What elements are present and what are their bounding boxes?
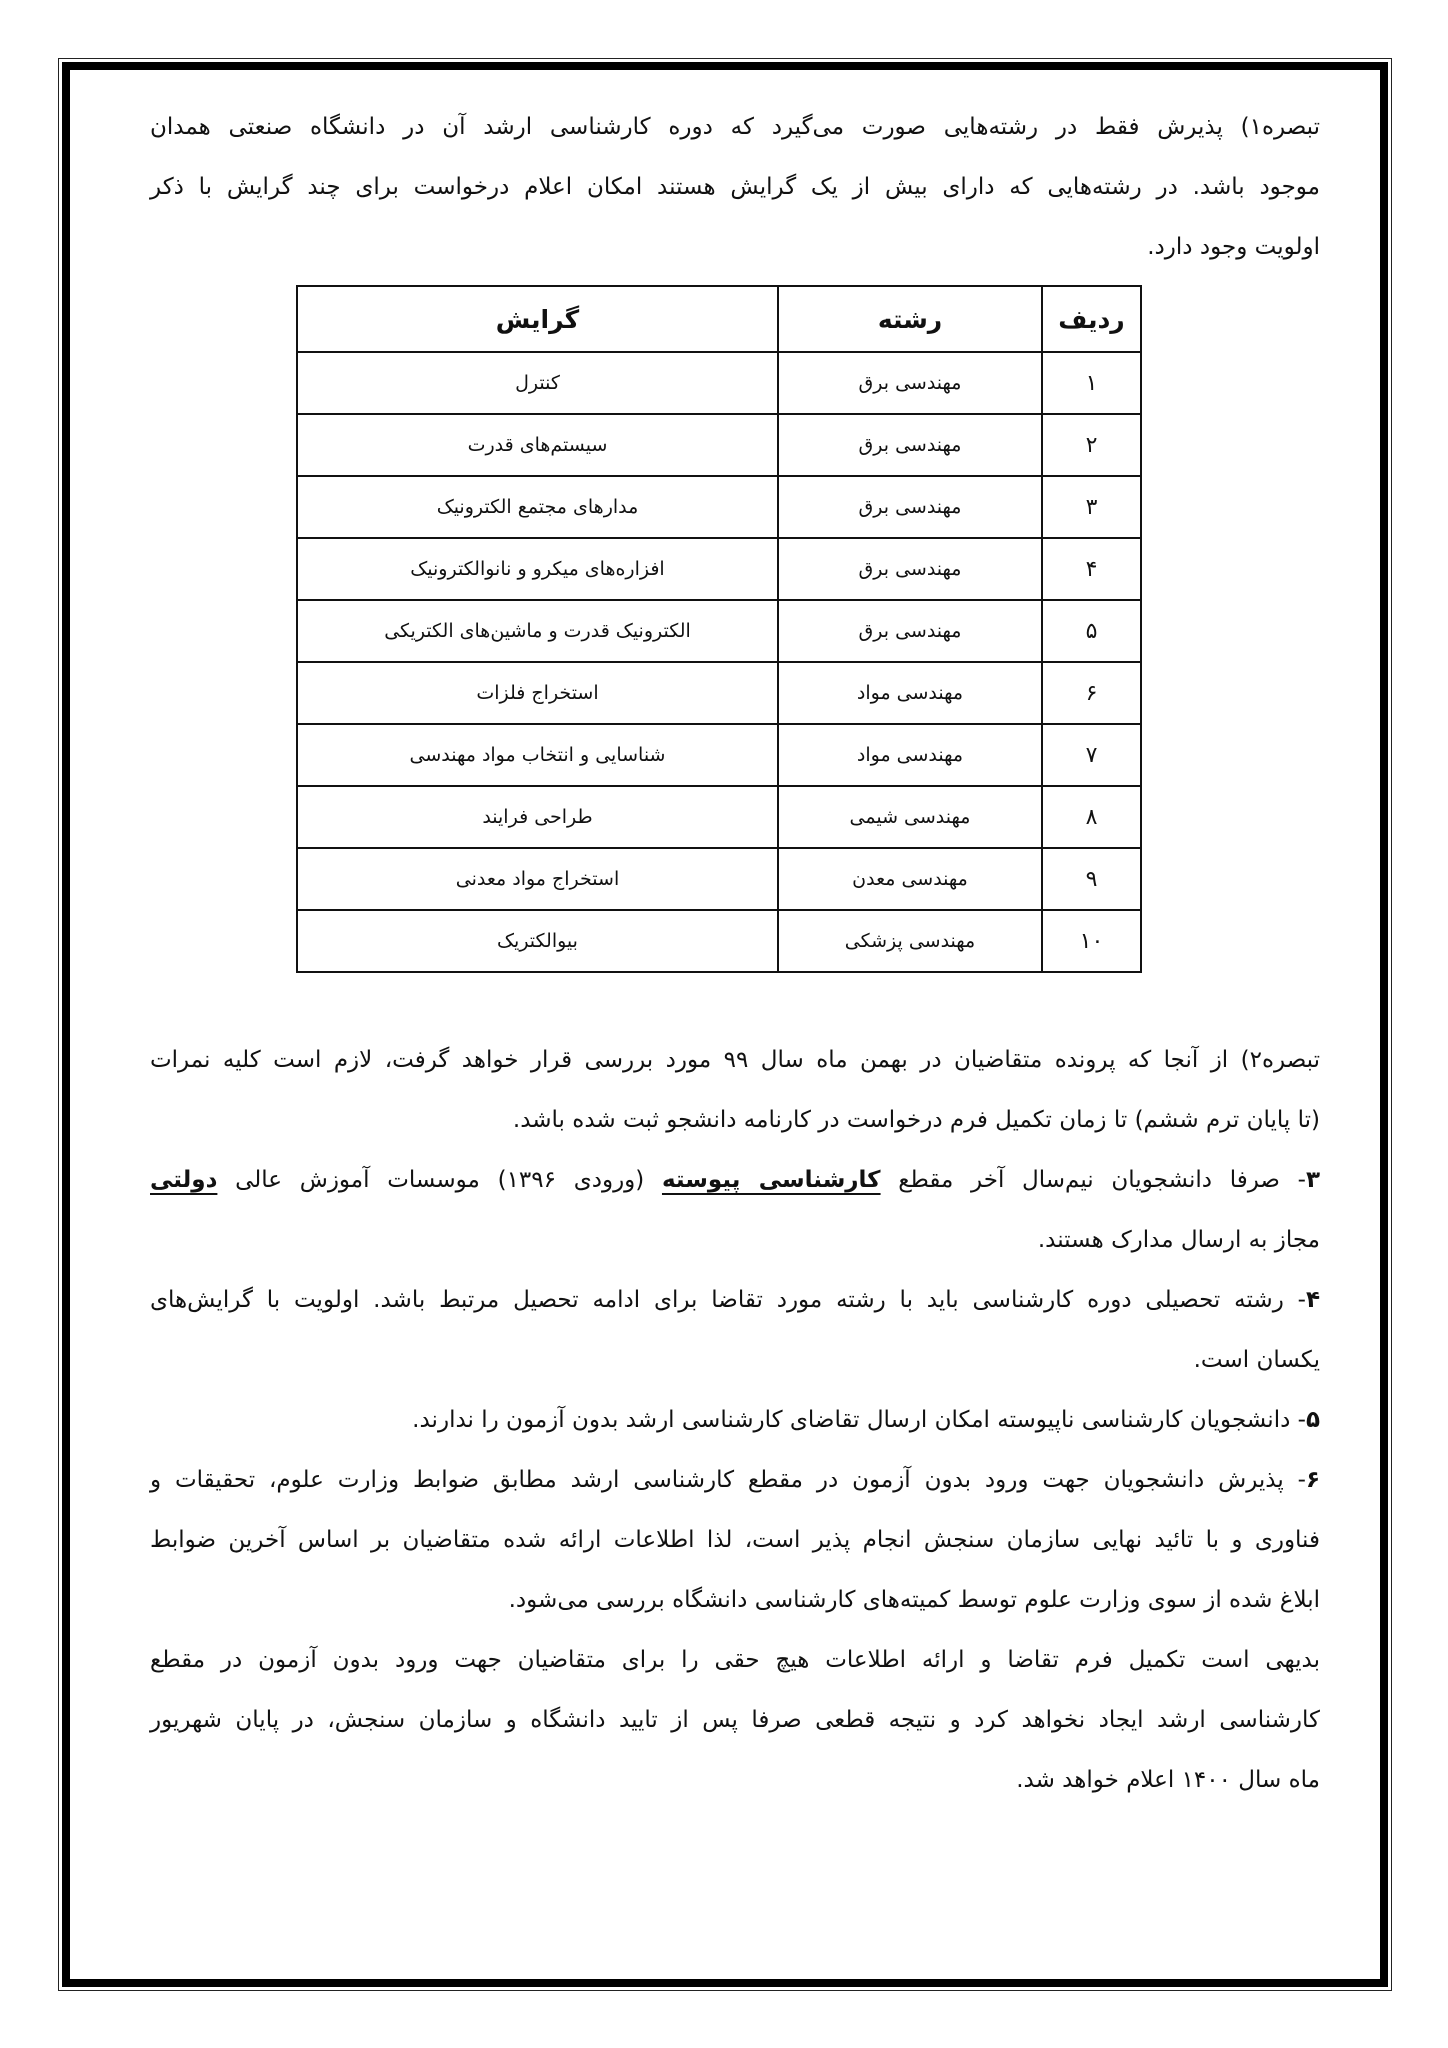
item-4-text: - رشته تحصیلی دوره کارشناسی باید با رشته… (150, 1287, 1306, 1313)
cell-radif: ۵ (1042, 600, 1141, 662)
cell-gerayesh: کنترل (297, 352, 778, 414)
cell-gerayesh: سیستم‌های قدرت (297, 414, 778, 476)
cell-radif: ۳ (1042, 476, 1141, 538)
note-1-line: موجود باشد. در رشته‌هایی که دارای بیش از… (150, 157, 1320, 217)
cell-gerayesh: استخراج فلزات (297, 662, 778, 724)
cell-radif: ۱۰ (1042, 910, 1141, 972)
cell-reshte: مهندسی برق (778, 352, 1042, 414)
item-3-emphasis-continuous-bachelor: کارشناسی پیوسته (662, 1167, 881, 1193)
item-6-line-2: فناوری و با تائید نهایی سازمان سنجش انجا… (150, 1510, 1320, 1570)
cell-gerayesh: الکترونیک قدرت و ماشین‌های الکتریکی (297, 600, 778, 662)
header-radif: ردیف (1042, 286, 1141, 352)
item-3-text-a: - صرفا دانشجویان نیم‌سال آخر مقطع (881, 1167, 1306, 1193)
closing-line: کارشناسی ارشد ایجاد نخواهد کرد و نتیجه ق… (150, 1690, 1320, 1750)
cell-radif: ۶ (1042, 662, 1141, 724)
note-2-line: تبصره۲) از آنجا که پرونده متقاضیان در به… (150, 1030, 1320, 1090)
cell-radif: ۴ (1042, 538, 1141, 600)
item-4-number: ۴ (1306, 1287, 1320, 1313)
cell-reshte: مهندسی پزشکی (778, 910, 1042, 972)
cell-radif: ۲ (1042, 414, 1141, 476)
cell-gerayesh: بیوالکتریک (297, 910, 778, 972)
item-3-line-2: مجاز به ارسال مدارک هستند. (150, 1210, 1320, 1270)
cell-reshte: مهندسی مواد (778, 662, 1042, 724)
item-5-text: - دانشجویان کارشناسی ناپیوسته امکان ارسا… (412, 1407, 1306, 1433)
table-row: ۵ مهندسی برق الکترونیک قدرت و ماشین‌های … (297, 600, 1141, 662)
table-header-row: ردیف رشته گرایش (297, 286, 1141, 352)
rules-section: تبصره۲) از آنجا که پرونده متقاضیان در به… (150, 1030, 1320, 1810)
table-row: ۲ مهندسی برق سیستم‌های قدرت (297, 414, 1141, 476)
closing-line: بدیهی است تکمیل فرم تقاضا و ارائه اطلاعا… (150, 1630, 1320, 1690)
item-6-text: - پذیرش دانشجویان جهت ورود بدون آزمون در… (150, 1467, 1306, 1493)
header-gerayesh: گرایش (297, 286, 778, 352)
cell-reshte: مهندسی مواد (778, 724, 1042, 786)
cell-gerayesh: مدارهای مجتمع الکترونیک (297, 476, 778, 538)
cell-gerayesh: شناسایی و انتخاب مواد مهندسی (297, 724, 778, 786)
majors-table: ردیف رشته گرایش ۱ مهندسی برق کنترل ۲ مهن… (296, 285, 1142, 973)
table-row: ۴ مهندسی برق افزاره‌های میکرو و نانوالکت… (297, 538, 1141, 600)
item-4-line-1: ۴- رشته تحصیلی دوره کارشناسی باید با رشت… (150, 1270, 1320, 1330)
note-1-line: اولویت وجود دارد. (150, 217, 1320, 277)
item-4-line-2: یکسان است. (150, 1330, 1320, 1390)
table-row: ۷ مهندسی مواد شناسایی و انتخاب مواد مهند… (297, 724, 1141, 786)
cell-radif: ۹ (1042, 848, 1141, 910)
item-3-number: ۳ (1306, 1167, 1320, 1193)
cell-reshte: مهندسی برق (778, 476, 1042, 538)
item-6-number: ۶ (1306, 1467, 1320, 1493)
note-2-line: (تا پایان ترم ششم) تا زمان تکمیل فرم درخ… (150, 1090, 1320, 1150)
table-row: ۸ مهندسی شیمی طراحی فرایند (297, 786, 1141, 848)
cell-gerayesh: استخراج مواد معدنی (297, 848, 778, 910)
cell-radif: ۷ (1042, 724, 1141, 786)
cell-reshte: مهندسی برق (778, 600, 1042, 662)
item-5-line-1: ۵- دانشجویان کارشناسی ناپیوسته امکان ارس… (150, 1390, 1320, 1450)
item-6-line-1: ۶- پذیرش دانشجویان جهت ورود بدون آزمون د… (150, 1450, 1320, 1510)
cell-reshte: مهندسی برق (778, 538, 1042, 600)
table-row: ۹ مهندسی معدن استخراج مواد معدنی (297, 848, 1141, 910)
note-1-line: تبصره۱) پذیرش فقط در رشته‌هایی صورت می‌گ… (150, 97, 1320, 157)
cell-reshte: مهندسی معدن (778, 848, 1042, 910)
item-3-emphasis-governmental: دولتی (150, 1167, 217, 1193)
cell-reshte: مهندسی برق (778, 414, 1042, 476)
header-reshte: رشته (778, 286, 1042, 352)
closing-line: ماه سال ۱۴۰۰ اعلام خواهد شد. (150, 1750, 1320, 1810)
note-1-paragraph: تبصره۱) پذیرش فقط در رشته‌هایی صورت می‌گ… (150, 97, 1320, 277)
item-5-number: ۵ (1306, 1407, 1320, 1433)
cell-radif: ۸ (1042, 786, 1141, 848)
cell-gerayesh: افزاره‌های میکرو و نانوالکترونیک (297, 538, 778, 600)
cell-reshte: مهندسی شیمی (778, 786, 1042, 848)
cell-gerayesh: طراحی فرایند (297, 786, 778, 848)
item-6-line-3: ابلاغ شده از سوی وزارت علوم توسط کمیته‌ه… (150, 1570, 1320, 1630)
table-row: ۱ مهندسی برق کنترل (297, 352, 1141, 414)
table-row: ۶ مهندسی مواد استخراج فلزات (297, 662, 1141, 724)
table-row: ۳ مهندسی برق مدارهای مجتمع الکترونیک (297, 476, 1141, 538)
cell-radif: ۱ (1042, 352, 1141, 414)
table-row: ۱۰ مهندسی پزشکی بیوالکتریک (297, 910, 1141, 972)
item-3-text-b: (ورودی ۱۳۹۶) موسسات آموزش عالی (217, 1167, 662, 1193)
item-3-line-1: ۳- صرفا دانشجویان نیم‌سال آخر مقطع کارشن… (150, 1150, 1320, 1210)
